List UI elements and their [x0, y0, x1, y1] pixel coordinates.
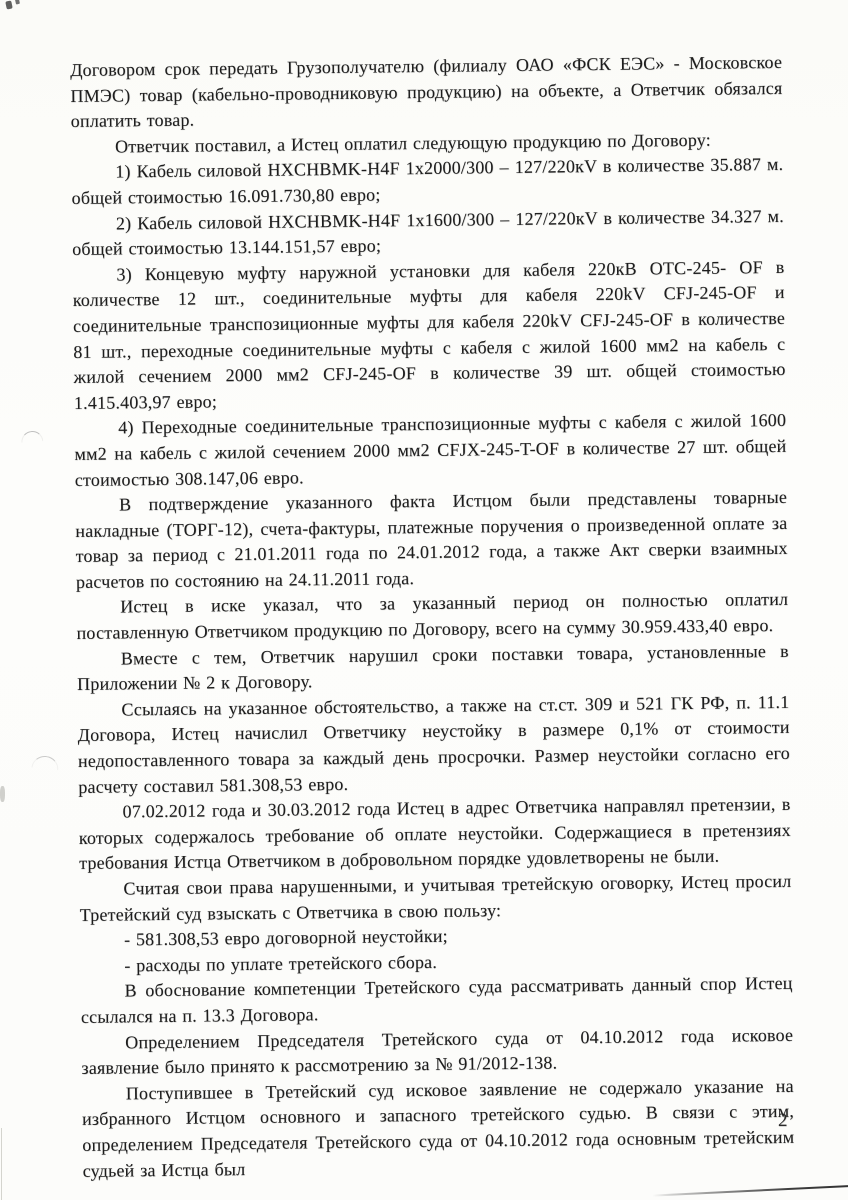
document-text-block: Договором срок передать Грузополучателю …	[70, 50, 795, 1184]
scan-line-bottom-right	[652, 1185, 848, 1196]
scan-smudge-left-edge	[0, 786, 5, 802]
paragraph: Считая свои права нарушенными, и учитыва…	[79, 869, 792, 928]
paragraph: 1) Кабель силовой HXCHBMK-H4F 1x2000/300…	[71, 152, 784, 211]
paragraph: 07.02.2012 года и 30.03.2012 года Истец …	[78, 792, 791, 877]
paragraph: В обоснование компетенции Третейского су…	[80, 971, 793, 1030]
paragraph: Определением Председателя Третейского су…	[81, 1022, 794, 1081]
paragraph: В подтверждение указанного факта Истцом …	[75, 485, 788, 595]
paragraph: Вместе с тем, Ответчик нарушил сроки пос…	[77, 639, 790, 698]
paragraph: 2) Кабель силовой HXCHBMK-H4F 1x1600/300…	[72, 203, 785, 262]
scanned-document-page: Договором срок передать Грузополучателю …	[0, 0, 848, 1200]
pen-arc-mark-lower	[31, 755, 59, 771]
paragraph: Ссылаясь на указанное обстоятельство, а …	[77, 690, 790, 800]
paragraph: Договором срок передать Грузополучателю …	[70, 50, 783, 135]
scan-smudge-top-left-icon	[5, 0, 13, 9]
paragraph: 3) Концевую муфту наружной установки для…	[72, 255, 786, 417]
pen-arc-mark-upper	[21, 430, 44, 443]
paragraph: 4) Переходные соединительные транспозици…	[74, 408, 787, 493]
paragraph: Истец в иске указал, что за указанный пе…	[76, 587, 789, 646]
page-number: 2	[778, 1110, 788, 1132]
paragraph: Поступившее в Третейский суд исковое зая…	[82, 1074, 795, 1184]
scan-edge-line	[1, 1128, 2, 1200]
